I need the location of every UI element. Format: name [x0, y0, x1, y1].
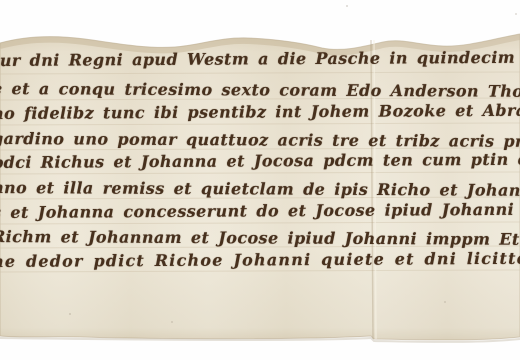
- parchment-graphic: [0, 0, 520, 360]
- fold-crease: [371, 34, 520, 340]
- manuscript-photo: tur dni Regni apud Westm a die Pasche in…: [0, 0, 520, 360]
